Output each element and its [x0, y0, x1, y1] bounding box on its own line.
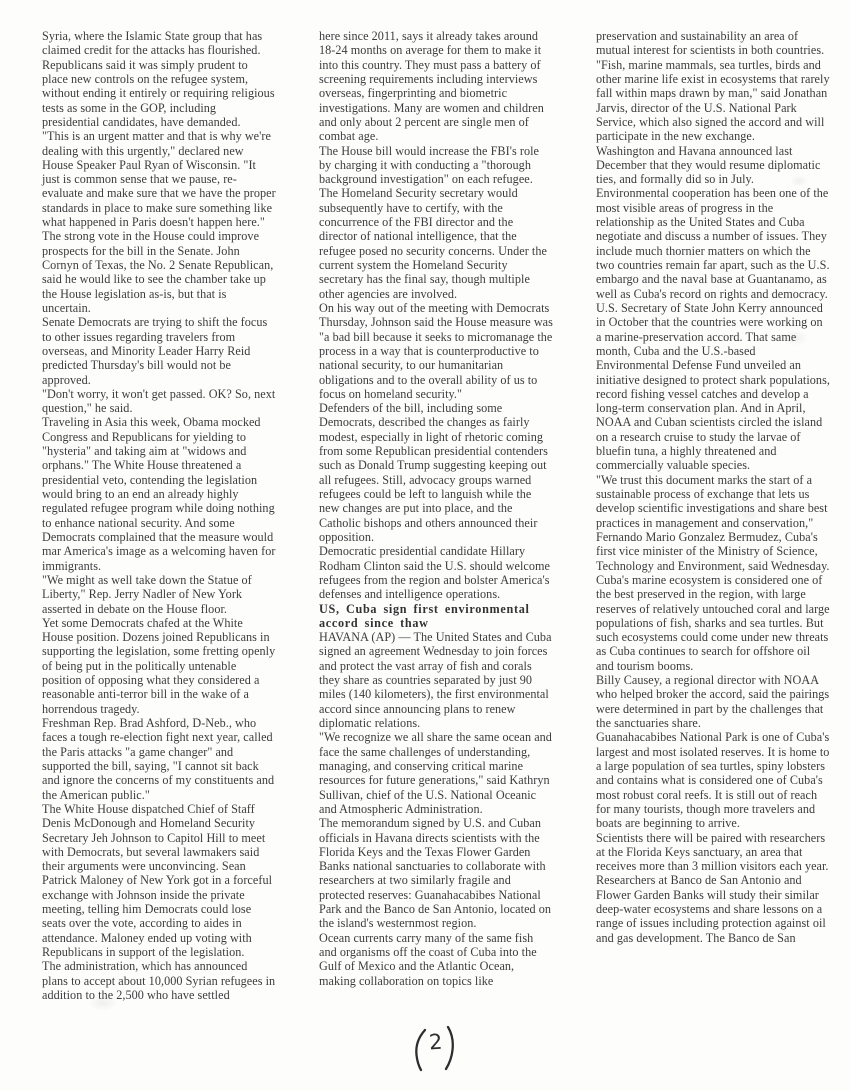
article-paragraph: The strong vote in the House could impro… — [42, 229, 276, 315]
article-paragraph: Cuba's marine ecosystem is considered on… — [596, 573, 830, 673]
article-column-2: here since 2011, says it already takes a… — [319, 29, 553, 1002]
scanned-article-page: Syria, where the Islamic State group tha… — [0, 0, 850, 1091]
article-paragraph: Traveling in Asia this week, Obama mocke… — [42, 415, 276, 572]
article-paragraph: Syria, where the Islamic State group tha… — [42, 29, 276, 129]
article-paragraph: here since 2011, says it already takes a… — [319, 29, 553, 144]
article-paragraph: U.S. Secretary of State John Kerry annou… — [596, 301, 830, 473]
article-paragraph: Scientists there will be paired with res… — [596, 831, 830, 874]
article-paragraph: Ocean currents carry many of the same fi… — [319, 931, 553, 988]
article-column-3: preservation and sustainability an area … — [596, 29, 830, 1002]
article-paragraph: Washington and Havana announced last Dec… — [596, 144, 830, 301]
article-paragraph: Freshman Rep. Brad Ashford, D-Neb., who … — [42, 716, 276, 802]
article-paragraph: "We recognize we all share the same ocea… — [319, 730, 553, 816]
article-paragraph: "We might as well take down the Statue o… — [42, 573, 276, 616]
article-paragraph: Guanahacabibes National Park is one of C… — [596, 730, 830, 830]
page-number-value: 2 — [428, 1030, 443, 1055]
article-paragraph: The House bill would increase the FBI's … — [319, 144, 553, 301]
article-paragraph: The memorandum signed by U.S. and Cuban … — [319, 816, 553, 931]
article-paragraph: Billy Causey, a regional director with N… — [596, 673, 830, 730]
article-paragraph: Yet some Democrats chafed at the White H… — [42, 616, 276, 716]
handwritten-page-number: 2 — [410, 1026, 462, 1076]
article-paragraph: Researchers at Banco de San Antonio and … — [596, 873, 830, 945]
article-paragraph: The administration, which has announced … — [42, 959, 276, 1002]
article-column-1: Syria, where the Islamic State group tha… — [42, 29, 276, 1002]
article-paragraph: "This is an urgent matter and that is wh… — [42, 129, 276, 229]
article-paragraph: Senate Democrats are trying to shift the… — [42, 315, 276, 387]
article-heading: US, Cuba sign first environmental accord… — [319, 602, 553, 631]
article-paragraph: "We trust this document marks the start … — [596, 473, 830, 573]
article-paragraph: On his way out of the meeting with Democ… — [319, 301, 553, 401]
article-paragraph: "Don't worry, it won't get passed. OK? S… — [42, 387, 276, 416]
article-paragraph: HAVANA (AP) — The United States and Cuba… — [319, 630, 553, 730]
article-paragraph: Defenders of the bill, including some De… — [319, 401, 553, 544]
article-paragraph: preservation and sustainability an area … — [596, 29, 830, 58]
article-paragraph: "Fish, marine mammals, sea turtles, bird… — [596, 58, 830, 144]
article-paragraph: The White House dispatched Chief of Staf… — [42, 802, 276, 959]
article-paragraph: Democratic presidential candidate Hillar… — [319, 544, 553, 601]
article-columns: Syria, where the Islamic State group tha… — [42, 29, 830, 1002]
